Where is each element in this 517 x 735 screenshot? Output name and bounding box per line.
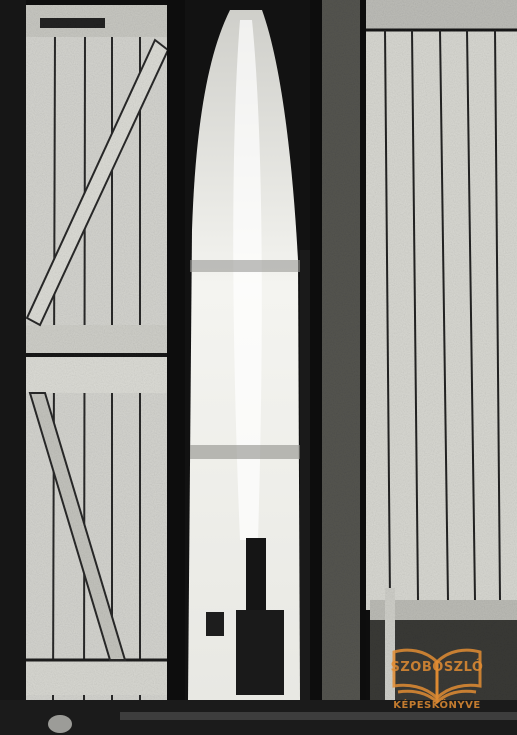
photo-scene	[0, 0, 517, 735]
left-door	[0, 0, 185, 735]
right-door	[360, 0, 517, 735]
watermark-line2: KÉPESKÖNYVE	[372, 700, 502, 711]
watermark: SZOBOSZLÓ KÉPESKÖNYVE	[372, 640, 502, 720]
historic-photo: SZOBOSZLÓ KÉPESKÖNYVE	[0, 0, 517, 735]
center-post	[310, 0, 362, 710]
watermark-line1: SZOBOSZLÓ	[372, 660, 502, 675]
water-jet	[185, 0, 322, 710]
